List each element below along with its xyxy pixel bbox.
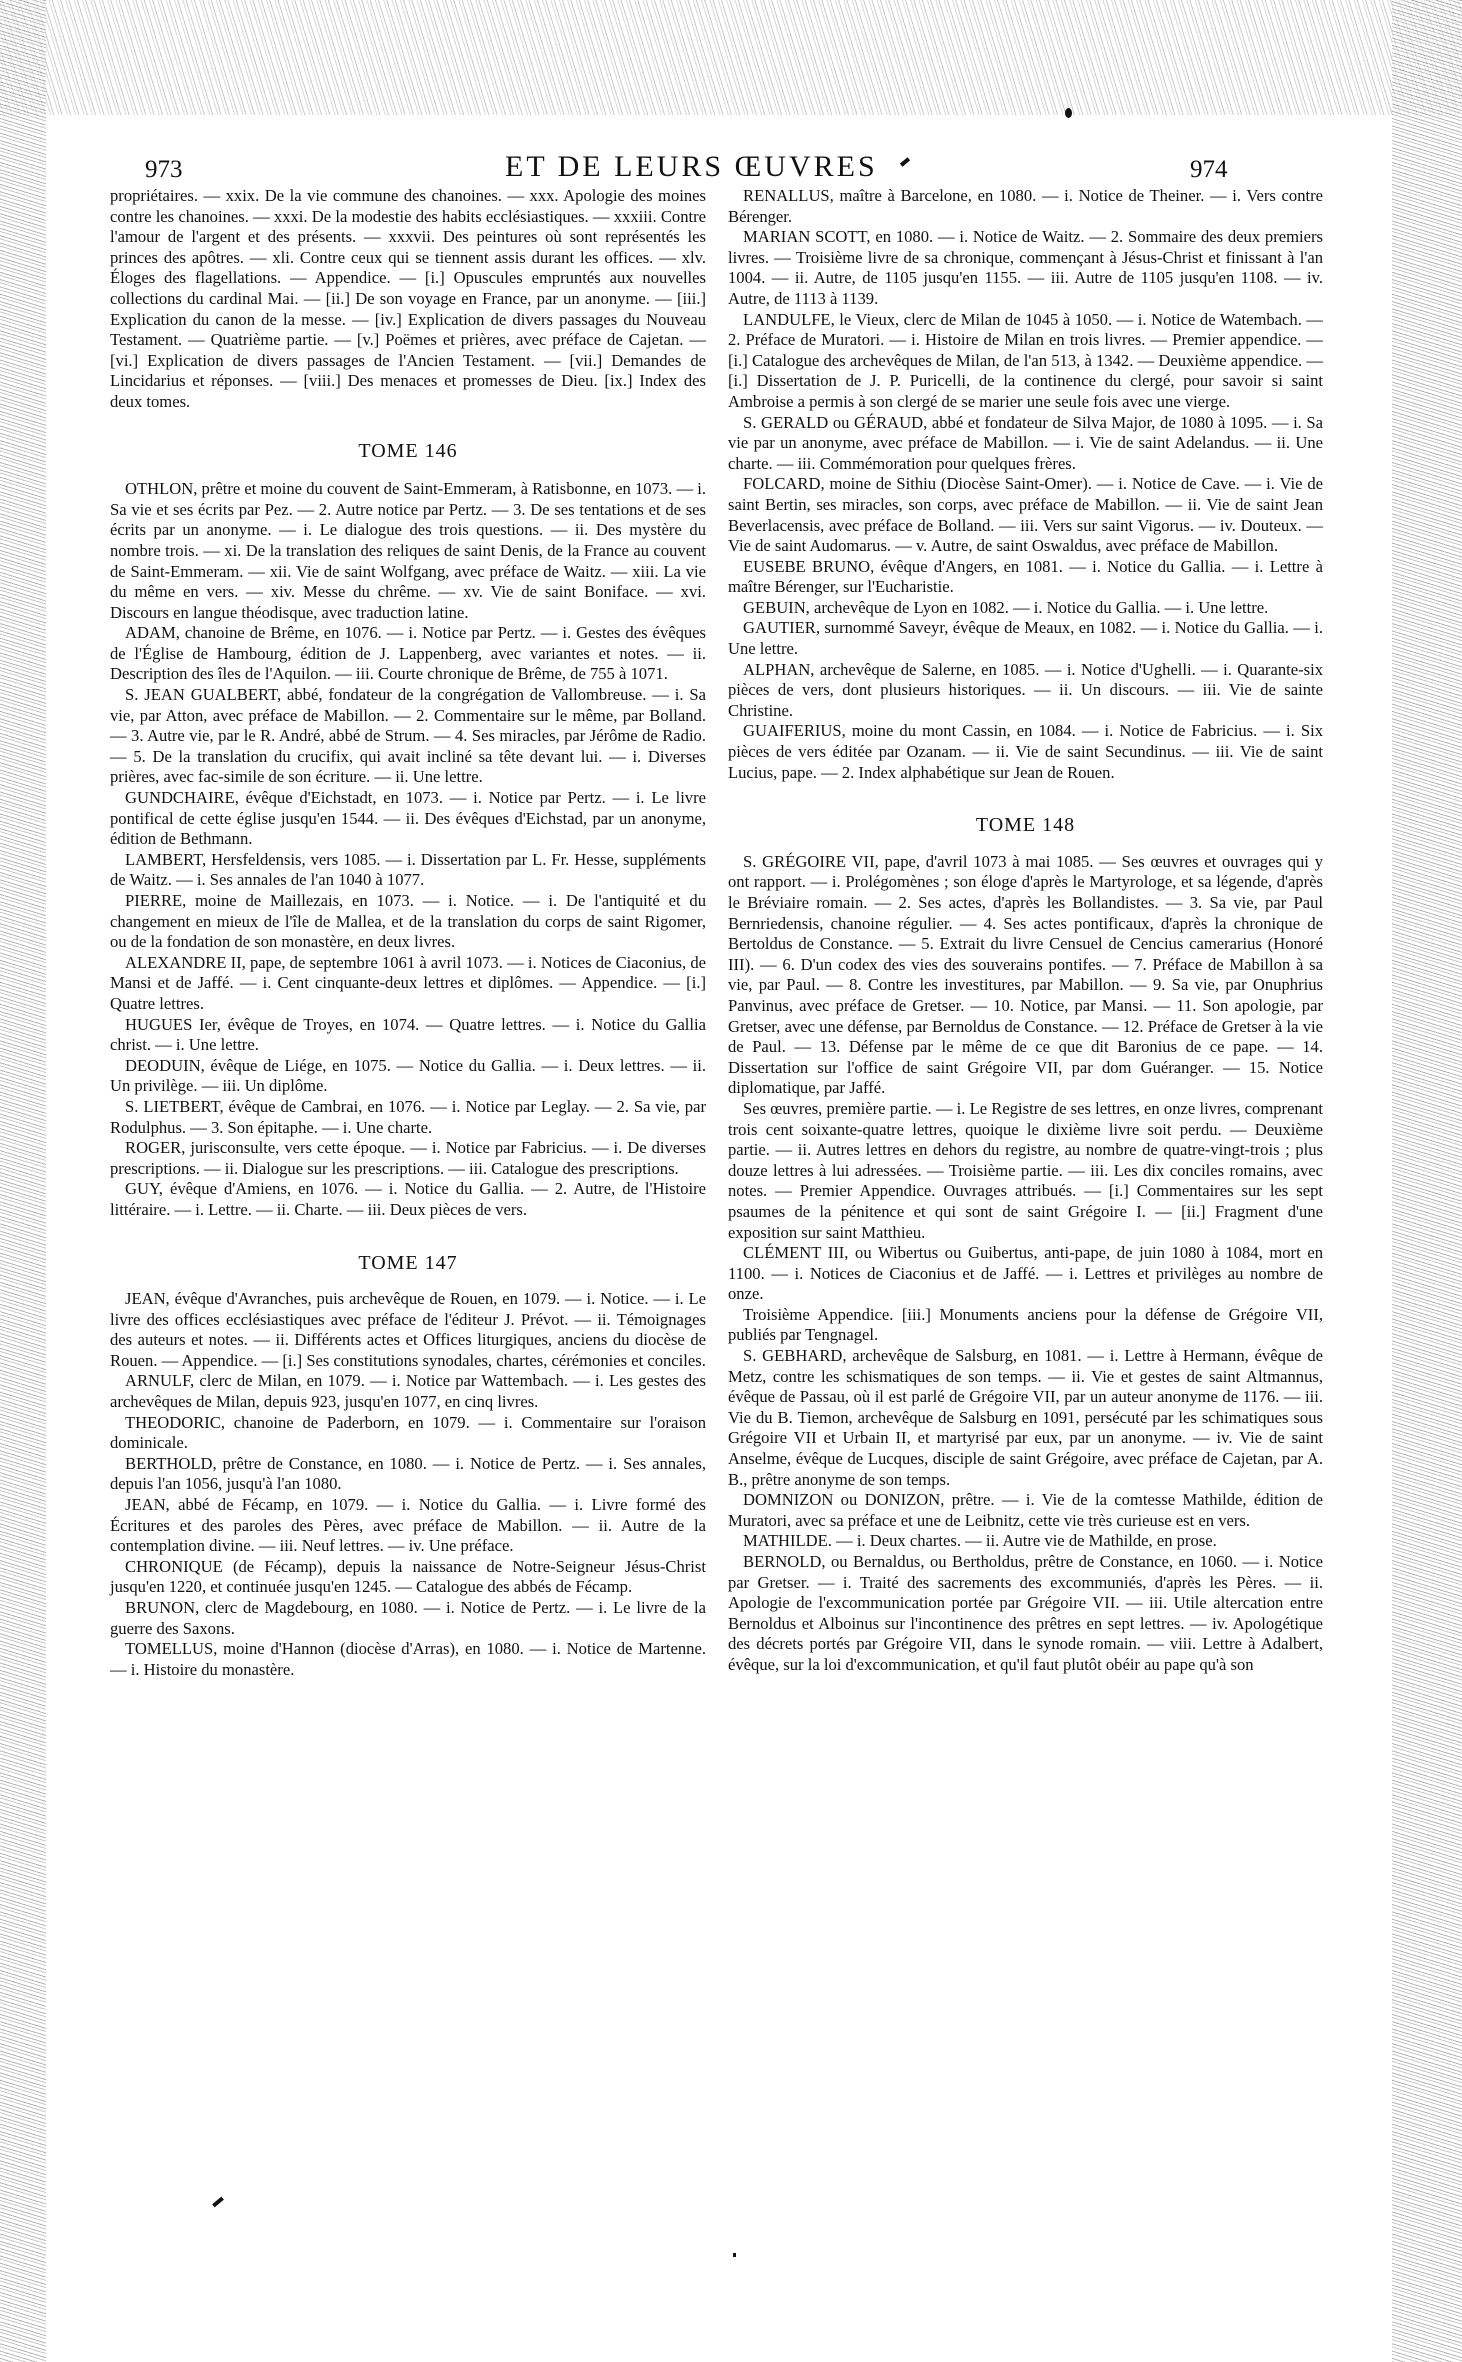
running-title: ET DE LEURS ŒUVRES [505,150,878,184]
index-entry: DOMNIZON ou DONIZON, prêtre. — i. Vie de… [728,1490,1323,1531]
index-entry: S. GERALD ou GÉRAUD, abbé et fondateur d… [728,413,1323,475]
index-entry: JEAN, évêque d'Avranches, puis archevêqu… [110,1289,706,1371]
index-entry: HUGUES Ier, évêque de Troyes, en 1074. —… [110,1015,706,1056]
index-entry: S. GEBHARD, archevêque de Salsburg, en 1… [728,1346,1323,1490]
tome-147-continued-entries: RENALLUS, maître à Barcelone, en 1080. —… [728,186,1323,783]
index-entry: PIERRE, moine de Maillezais, en 1073. — … [110,891,706,953]
tome-146-heading: TOME 146 [110,441,706,462]
index-entry: BRUNON, clerc de Magdebourg, en 1080. — … [110,1598,706,1639]
page-header: 973 ET DE LEURS ŒUVRES 974 [0,150,1462,190]
index-entry: GUNDCHAIRE, évêque d'Eichstadt, en 1073.… [110,788,706,850]
scan-noise-right [1392,0,1462,2362]
index-entry: RENALLUS, maître à Barcelone, en 1080. —… [728,186,1323,227]
index-entry: CLÉMENT III, ou Wibertus ou Guibertus, a… [728,1243,1323,1305]
page-number-right: 974 [1190,156,1228,184]
index-entry: GEBUIN, archevêque de Lyon en 1082. — i.… [728,598,1323,619]
index-entry: DEODUIN, évêque de Liége, en 1075. — Not… [110,1056,706,1097]
index-entry: LAMBERT, Hersfeldensis, vers 1085. — i. … [110,850,706,891]
left-column: propriétaires. — xxix. De la vie commune… [110,186,706,1680]
right-column: RENALLUS, maître à Barcelone, en 1080. —… [728,186,1323,1676]
index-entry: BERNOLD, ou Bernaldus, ou Bertholdus, pr… [728,1552,1323,1676]
index-entry: Ses œuvres, première partie. — i. Le Reg… [728,1099,1323,1243]
index-entry: S. LIETBERT, évêque de Cambrai, en 1076.… [110,1097,706,1138]
index-entry: S. JEAN GUALBERT, abbé, fondateur de la … [110,685,706,788]
index-entry: ARNULF, clerc de Milan, en 1079. — i. No… [110,1371,706,1412]
tome-147-entries: JEAN, évêque d'Avranches, puis archevêqu… [110,1289,706,1680]
index-entry: ROGER, jurisconsulte, vers cette époque.… [110,1138,706,1179]
index-entry: GUAIFERIUS, moine du mont Cassin, en 108… [728,721,1323,783]
index-entry: Troisième Appendice. [iii.] Monuments an… [728,1305,1323,1346]
index-entry: LANDULFE, le Vieux, clerc de Milan de 10… [728,310,1323,413]
page-number-left: 973 [145,156,183,184]
index-entry: OTHLON, prêtre et moine du couvent de Sa… [110,479,706,623]
index-entry: BERTHOLD, prêtre de Constance, en 1080. … [110,1454,706,1495]
index-entry: THEODORIC, chanoine de Paderborn, en 107… [110,1413,706,1454]
index-entry: CHRONIQUE (de Fécamp), depuis la naissan… [110,1557,706,1598]
ink-speck [212,2197,224,2208]
ink-speck [733,2253,736,2257]
index-entry: ALPHAN, archevêque de Salerne, en 1085. … [728,660,1323,722]
index-entry: GAUTIER, surnommé Saveyr, évêque de Meau… [728,618,1323,659]
index-entry: S. GRÉGOIRE VII, pape, d'avril 1073 à ma… [728,852,1323,1099]
index-entry: GUY, évêque d'Amiens, en 1076. — i. Noti… [110,1179,706,1220]
continuation-paragraph: propriétaires. — xxix. De la vie commune… [110,186,706,413]
index-entry: TOMELLUS, moine d'Hannon (diocèse d'Arra… [110,1639,706,1680]
tome-148-entries: S. GRÉGOIRE VII, pape, d'avril 1073 à ma… [728,852,1323,1676]
index-entry: MATHILDE. — i. Deux chartes. — ii. Autre… [728,1531,1323,1552]
index-entry: MARIAN SCOTT, en 1080. — i. Notice de Wa… [728,227,1323,309]
tome-147-heading: TOME 147 [110,1253,706,1274]
index-entry: ALEXANDRE II, pape, de septembre 1061 à … [110,953,706,1015]
ink-speck [1065,108,1072,118]
scan-noise-left [0,0,46,2362]
tome-148-heading: TOME 148 [728,815,1323,836]
tome-146-entries: OTHLON, prêtre et moine du couvent de Sa… [110,479,706,1220]
scan-noise-top [0,0,1462,115]
index-entry: JEAN, abbé de Fécamp, en 1079. — i. Noti… [110,1495,706,1557]
index-entry: ADAM, chanoine de Brême, en 1076. — i. N… [110,623,706,685]
index-entry: EUSEBE BRUNO, évêque d'Angers, en 1081. … [728,557,1323,598]
index-entry: FOLCARD, moine de Sithiu (Diocèse Saint-… [728,474,1323,556]
